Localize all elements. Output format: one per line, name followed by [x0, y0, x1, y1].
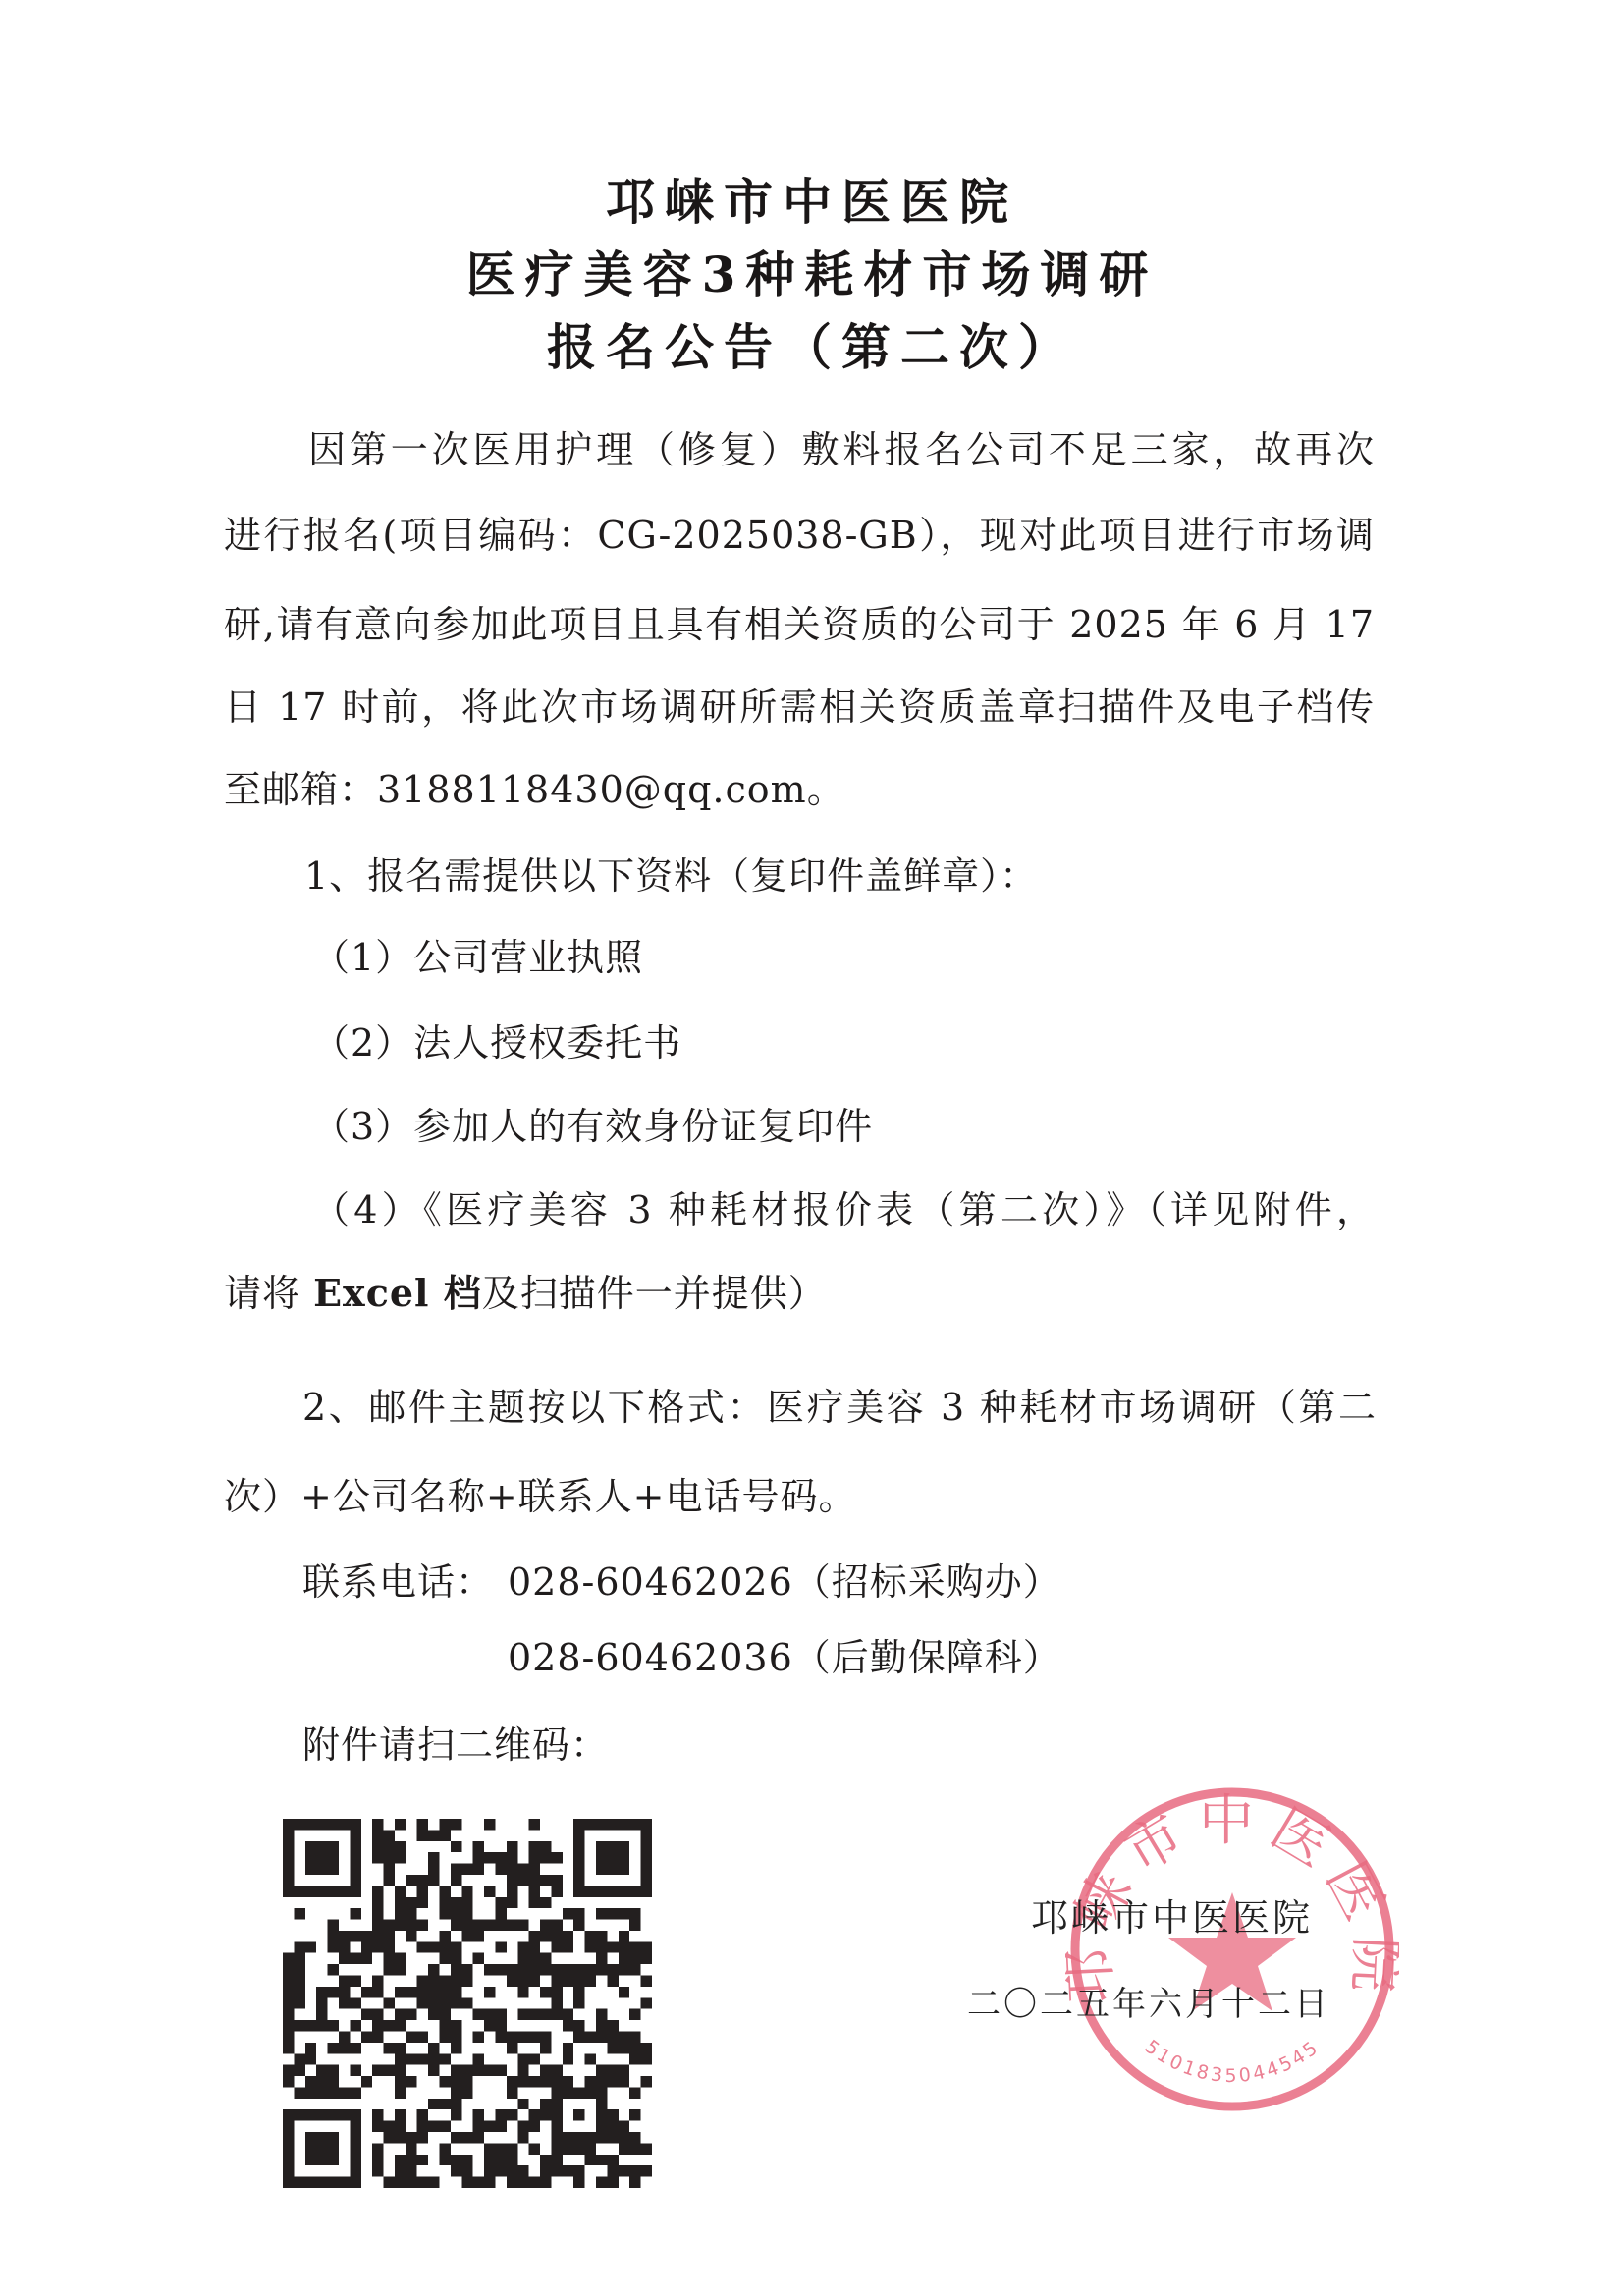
- section1-item-4-continuation: 请将 Excel 档及扫描件一并提供）: [224, 1270, 827, 1317]
- intro-line-1: 因第一次医用护理（修复）敷料报名公司不足三家，故再次: [308, 426, 1375, 473]
- section1-item-1: （1）公司营业执照: [312, 934, 643, 981]
- contact-label: 联系电话：: [302, 1558, 494, 1606]
- section1-item-3: （3）参加人的有效身份证复印件: [312, 1103, 873, 1150]
- signature-org: 邛崃市中医医院: [1031, 1895, 1313, 1941]
- section1-heading: 1、报名需提供以下资料（复印件盖鲜章）：: [304, 852, 1038, 900]
- continuation-suffix: 及扫描件一并提供）: [482, 1272, 827, 1315]
- continuation-excel: Excel 档: [313, 1271, 482, 1315]
- section2-line-2: 次）+公司名称+联系人+电话号码。: [224, 1473, 857, 1520]
- title-subject: 医疗美容3种耗材市场调研: [0, 246, 1624, 304]
- attachment-note: 附件请扫二维码：: [302, 1722, 609, 1769]
- continuation-prefix: 请将: [224, 1272, 313, 1315]
- official-seal: 邛崃市中医医院 5101835044545: [1065, 1782, 1399, 2116]
- section1-item-2: （2）法人授权委托书: [312, 1019, 681, 1066]
- intro-line-4: 日 17 时前，将此次市场调研所需相关资质盖章扫描件及电子档传: [224, 683, 1375, 731]
- qr-code-icon[interactable]: [283, 1819, 652, 2188]
- section1-item-4: （4）《医疗美容 3 种耗材报价表（第二次）》（详见附件，: [312, 1186, 1375, 1233]
- intro-line-2: 进行报名(项目编码：CG-2025038-GB），现对此项目进行市场调: [224, 512, 1375, 559]
- title-notice: 报名公告（第二次）: [0, 318, 1624, 377]
- document-page: 邛崃市中医医院 医疗美容3种耗材市场调研 报名公告（第二次） 因第一次医用护理（…: [0, 0, 1624, 2296]
- contact-phone-2: 028-60462036（后勤保障科）: [508, 1634, 1061, 1681]
- intro-line-3: 研,请有意向参加此项目且具有相关资质的公司于 2025 年 6 月 17: [224, 601, 1375, 648]
- contact-phone-1: 028-60462026（招标采购办）: [508, 1558, 1061, 1606]
- seal-number: 5101835044545: [1141, 2036, 1325, 2087]
- title-hospital: 邛崃市中医医院: [0, 173, 1624, 232]
- intro-line-email: 至邮箱：3188118430@qq.com。: [224, 766, 845, 813]
- section2-line-1: 2、邮件主题按以下格式：医疗美容 3 种耗材市场调研（第二: [302, 1384, 1377, 1431]
- signature-date: 二〇二五年六月十二日: [967, 1982, 1330, 2027]
